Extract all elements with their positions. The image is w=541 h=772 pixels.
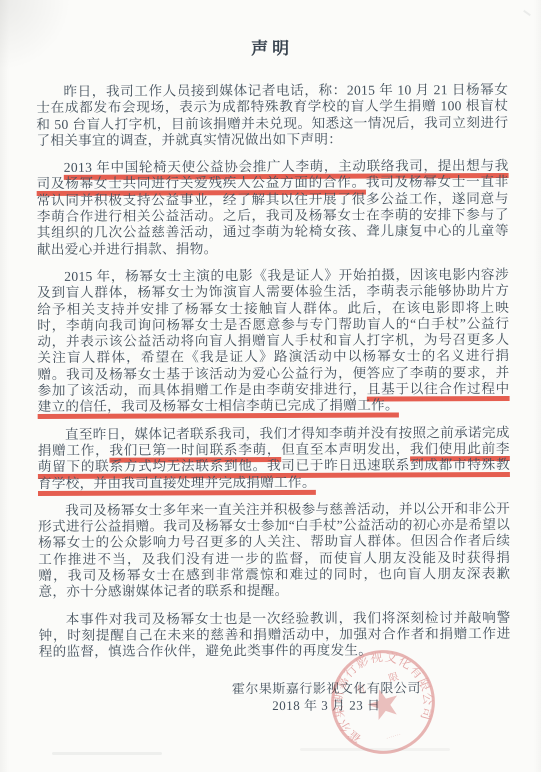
scan-smudge bbox=[52, 752, 162, 755]
body-text: 但直至本声明发出， bbox=[281, 441, 410, 457]
page-title: 声明 bbox=[36, 33, 508, 60]
paragraph: 昨日，我司工作人员接到媒体记者电话，称：2015 年 10 月 21 日杨幂女士… bbox=[36, 82, 508, 149]
body-text: 昨日，我司工作人员接到媒体记者电话，称：2015 年 10 月 21 日杨幂女士… bbox=[36, 82, 508, 148]
seal-bottom-code: ······· bbox=[385, 731, 402, 742]
signature-block: 霍尔果斯嘉行影视文化有限公司 2018 年 3 月 23 日 bbox=[232, 679, 421, 714]
body-text: 我司及杨幂女士多年来一直关注并积极参与慈善活动，并以公开和非公开形式进行公益捐赠… bbox=[38, 501, 510, 600]
red-underlined-text: 我们已第一时间联系李萌， bbox=[109, 442, 281, 458]
paragraph: 本事件对我司及杨幂女士也是一次经验教训，我们将深刻检讨并敲响警钟，时刻提醒自己在… bbox=[39, 610, 511, 661]
body-text: 2015 年，杨幂女士主演的电影《我是证人》开始拍摄，因该电影内容涉及到盲人群体… bbox=[37, 267, 509, 398]
scan-smudge bbox=[300, 748, 450, 751]
document-page: 声明 昨日，我司工作人员接到媒体记者电话，称：2015 年 10 月 21 日杨… bbox=[0, 0, 541, 772]
body-text: 本事件对我司及杨幂女士也是一次经验教训，我们将深刻检讨并敲响警钟，时刻提醒自己在… bbox=[39, 610, 511, 660]
signature-date: 2018 年 3 月 23 日 bbox=[232, 696, 421, 714]
paragraph: 2013 年中国轮椅天使公益协会推广人李萌，主动联络我司，提出想与我司及杨幂女士… bbox=[37, 158, 509, 258]
document-content: 声明 昨日，我司工作人员接到媒体记者电话，称：2015 年 10 月 21 日杨… bbox=[36, 33, 511, 715]
signature-company: 霍尔果斯嘉行影视文化有限公司 bbox=[232, 679, 421, 697]
document-body: 昨日，我司工作人员接到媒体记者电话，称：2015 年 10 月 21 日杨幂女士… bbox=[36, 82, 511, 661]
paragraph: 直至昨日，媒体记者联系我司，我们才得知李萌并没有按照之前承诺完成捐赠工作，我们已… bbox=[38, 425, 510, 492]
scan-fleck bbox=[523, 10, 531, 16]
paragraph: 2015 年，杨幂女士主演的电影《我是证人》开始拍摄，因该电影内容涉及到盲人群体… bbox=[37, 267, 510, 416]
paragraph: 我司及杨幂女士多年来一直关注并积极参与慈善活动，并以公开和非公开形式进行公益捐赠… bbox=[38, 501, 510, 601]
